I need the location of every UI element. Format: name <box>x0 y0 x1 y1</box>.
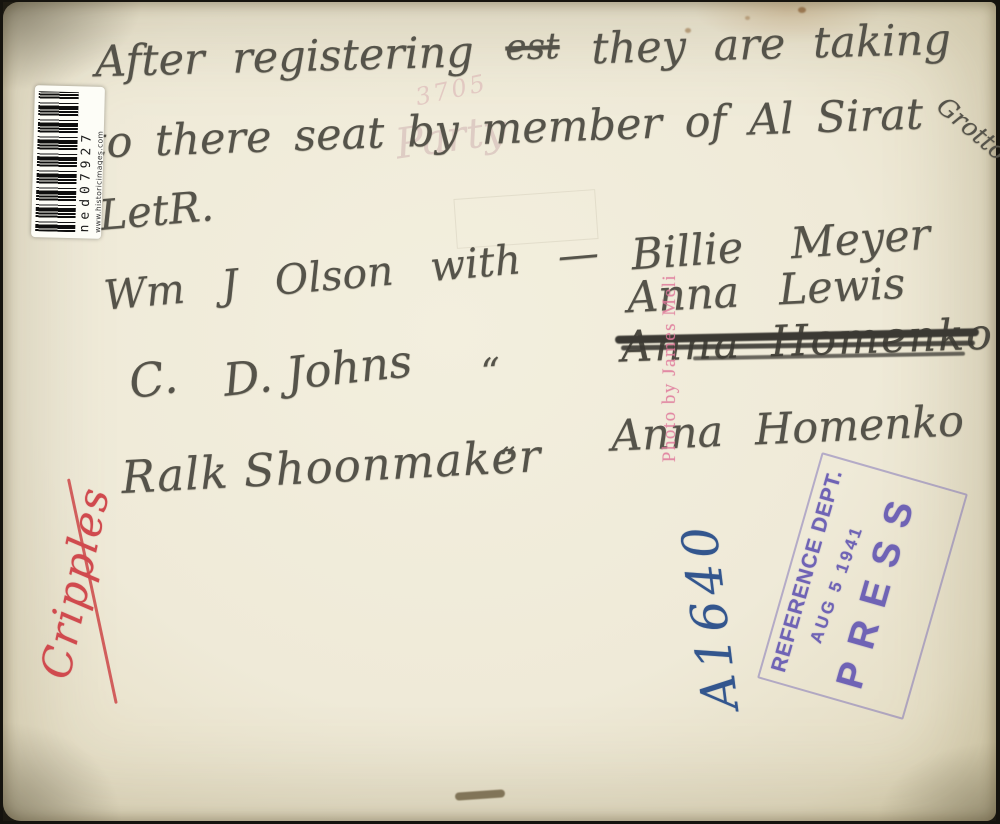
caption-line-2-tail: Grotto <box>931 91 1000 166</box>
name-olson: Wm J Olson with — <box>102 228 601 319</box>
photo-paper: 3705 Party After registering est they ar… <box>3 2 996 821</box>
corner-shade-bottom-right <box>876 741 996 821</box>
caption-line-3: LetR. <box>97 181 215 240</box>
caption-line-2: to there seat by member of Al Sirat <box>88 89 924 168</box>
ditto-mark-1: “ <box>479 349 501 394</box>
caption-struck-word: est <box>505 26 560 68</box>
caption-line-1-end: they are taking <box>591 15 952 74</box>
caption-line-1-start: After registering <box>94 27 474 87</box>
smudge-bottom <box>455 789 505 800</box>
press-stamp-border: REFERENCE DEPT. AUG 5 1941 PRESS <box>757 452 968 720</box>
photographer-credit-stamp: Photo by James Meli <box>659 256 683 480</box>
caption-line-1: After registering est they are taking <box>94 15 951 87</box>
name-ralk-shoonmaker: Ralk Shoonmaker <box>120 429 543 504</box>
press-stamp: REFERENCE DEPT. AUG 5 1941 PRESS <box>757 452 968 720</box>
stain-dot <box>798 7 806 13</box>
name-d-johns: D. Johns <box>221 334 415 406</box>
ditto-mark-2: “ <box>499 440 515 478</box>
blue-note-a1640: A1640 <box>666 481 755 750</box>
barcode-sticker-inner: ned07927 www.historicimages.com <box>31 85 105 239</box>
barcode-bars <box>35 91 79 232</box>
barcode-sticker: ned07927 www.historicimages.com <box>31 85 105 239</box>
corner-shade-bottom-left <box>3 721 123 821</box>
initial-c: C. <box>125 349 180 409</box>
